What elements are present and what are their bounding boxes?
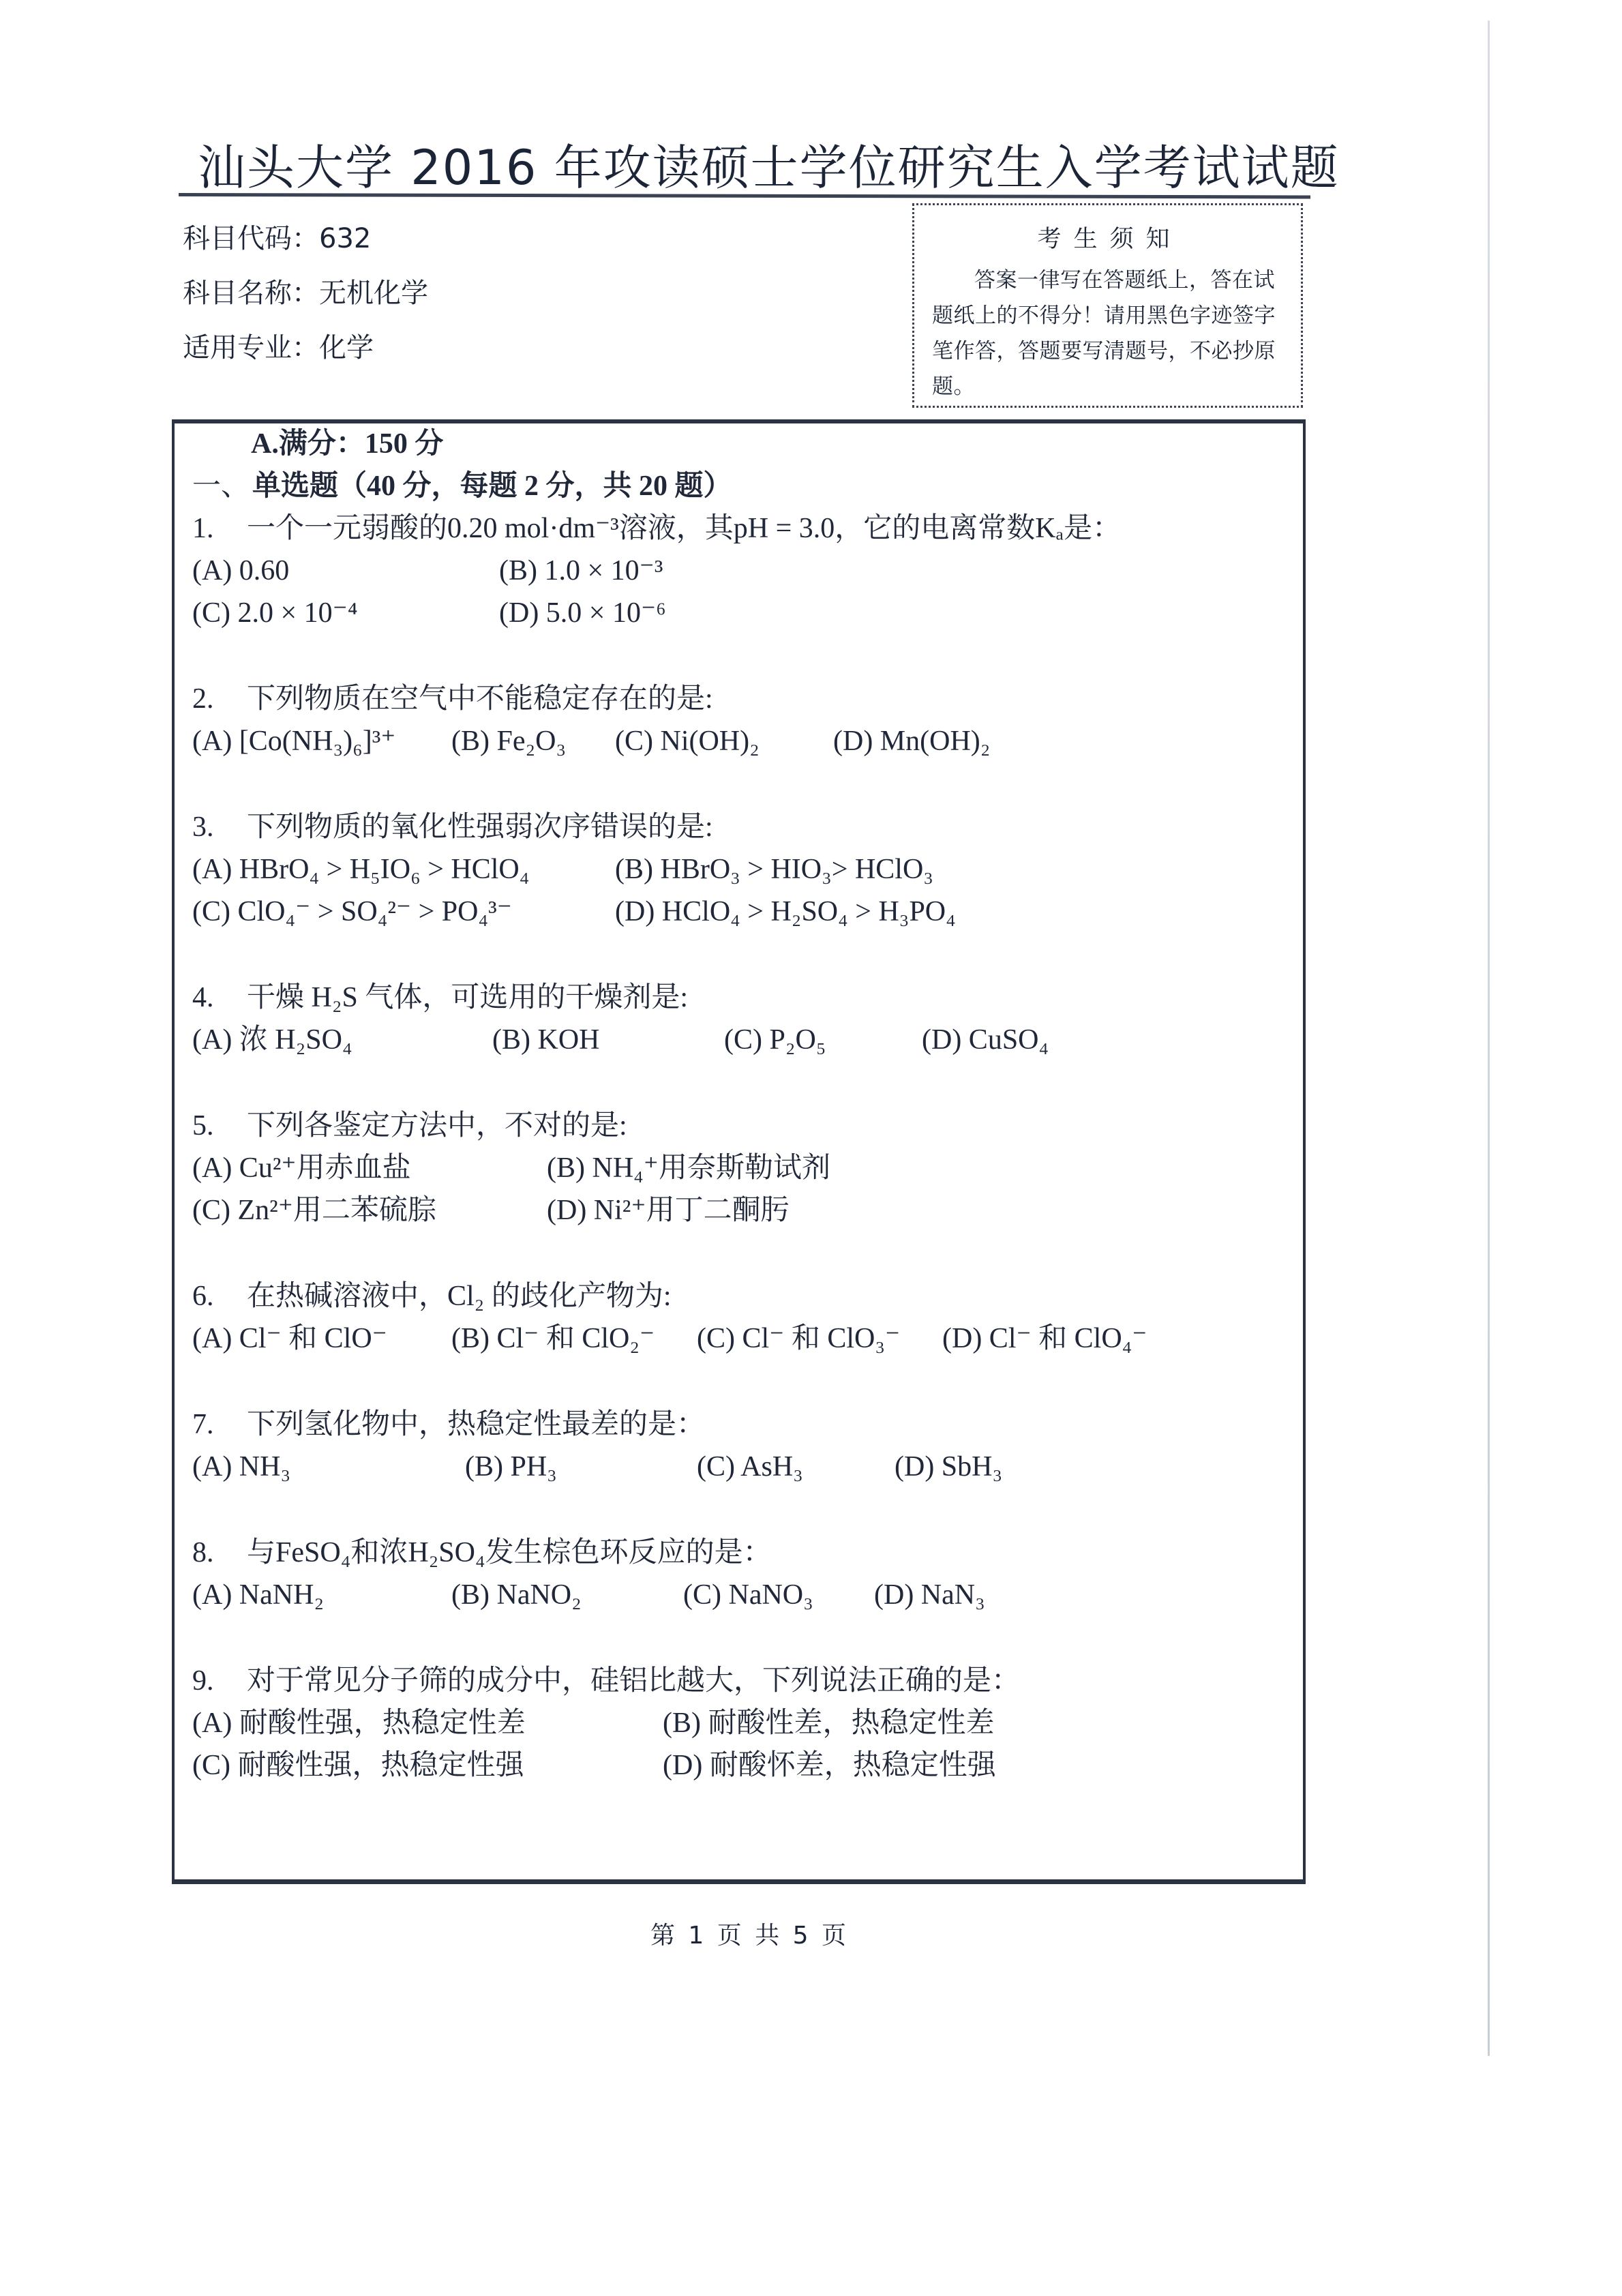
option-a: (A) Cl⁻ 和 ClO⁻ bbox=[192, 1317, 387, 1360]
option-b: (B) Fe₂O₃ bbox=[451, 720, 566, 762]
subject-name-value: 无机化学 bbox=[319, 278, 428, 309]
question-stem: 一个一元弱酸的0.20 mol·dm⁻³溶液，其pH = 3.0，它的电离常数K… bbox=[247, 513, 1121, 544]
option-d: (D) SbH₃ bbox=[895, 1446, 1002, 1488]
question-stem: 干燥 H₂S 气体，可选用的干燥剂是: bbox=[247, 982, 688, 1013]
option-c: (C) 2.0 × 10⁻⁴ bbox=[192, 592, 357, 634]
question-7: 7.下列氢化物中，热稳定性最差的是： bbox=[192, 1403, 1297, 1446]
options-row: (A) 0.60 (B) 1.0 × 10⁻³ bbox=[192, 550, 1297, 592]
option-b: (B) KOH bbox=[492, 1019, 599, 1061]
question-6: 6.在热碱溶液中，Cl₂ 的歧化产物为: bbox=[192, 1275, 1297, 1317]
scan-edge-line bbox=[1488, 20, 1490, 2056]
notice-title: 考生须知 bbox=[932, 220, 1287, 254]
question-number: 1. bbox=[192, 507, 247, 550]
question-8: 8.与FeSO₄和浓H₂SO₄发生棕色环反应的是： bbox=[192, 1532, 1297, 1574]
question-1: 1.一个一元弱酸的0.20 mol·dm⁻³溶液，其pH = 3.0，它的电离常… bbox=[192, 507, 1297, 550]
option-c: (C) P₂O₅ bbox=[724, 1019, 826, 1061]
subject-code: 科目代码632 bbox=[183, 217, 371, 256]
option-b: (B) Cl⁻ 和 ClO₂⁻ bbox=[451, 1317, 655, 1360]
applicable-major-label: 适用专业 bbox=[183, 332, 319, 363]
option-a: (A) NH₃ bbox=[192, 1446, 290, 1488]
option-b: (B) 1.0 × 10⁻³ bbox=[499, 550, 663, 592]
option-b: (B) PH₃ bbox=[465, 1446, 557, 1488]
subject-code-label: 科目代码 bbox=[183, 223, 319, 254]
question-4: 4.干燥 H₂S 气体，可选用的干燥剂是: bbox=[192, 976, 1297, 1019]
option-c: (C) Zn²⁺用二苯硫腙 bbox=[192, 1189, 436, 1232]
question-stem: 对于常见分子筛的成分中，硅铝比越大，下列说法正确的是： bbox=[247, 1665, 1020, 1697]
question-number: 7. bbox=[192, 1403, 247, 1446]
option-c: (C) Cl⁻ 和 ClO₃⁻ bbox=[697, 1317, 900, 1360]
question-stem: 与FeSO₄和浓H₂SO₄发生棕色环反应的是： bbox=[247, 1537, 772, 1568]
applicable-major-value: 化学 bbox=[319, 332, 374, 363]
option-c: (C) 耐酸性强，热稳定性强 bbox=[192, 1744, 524, 1787]
question-stem: 下列氢化物中，热稳定性最差的是： bbox=[247, 1409, 705, 1440]
option-c: (C) Ni(OH)₂ bbox=[615, 720, 760, 762]
full-score: A.满分：150 分 bbox=[192, 423, 1297, 465]
option-d: (D) 5.0 × 10⁻⁶ bbox=[499, 592, 666, 634]
question-stem: 下列各鉴定方法中，不对的是: bbox=[247, 1110, 627, 1142]
question-stem: 下列物质在空气中不能稳定存在的是: bbox=[247, 683, 713, 715]
options-row: (A) 耐酸性强，热稳定性差 (B) 耐酸性差，热稳定性差 bbox=[192, 1702, 1297, 1744]
options-row: (A) Cu²⁺用赤血盐 (B) NH₄⁺用奈斯勒试剂 bbox=[192, 1147, 1297, 1189]
option-a: (A) 浓 H₂SO₄ bbox=[192, 1019, 352, 1061]
options-row: (A) Cl⁻ 和 ClO⁻ (B) Cl⁻ 和 ClO₂⁻ (C) Cl⁻ 和… bbox=[192, 1317, 1297, 1360]
options-row: (A) [Co(NH₃)₆]³⁺ (B) Fe₂O₃ (C) Ni(OH)₂ (… bbox=[192, 720, 1297, 762]
question-content: A.满分：150 分 一、单选题（40 分，每题 2 分，共 20 题） 1.一… bbox=[192, 423, 1297, 1787]
option-d: (D) 耐酸怀差，热稳定性强 bbox=[663, 1744, 996, 1787]
question-3: 3.下列物质的氧化性强弱次序错误的是: bbox=[192, 806, 1297, 848]
subject-code-value: 632 bbox=[319, 223, 371, 254]
options-row: (A) NaNH₂ (B) NaNO₂ (C) NaNO₃ (D) NaN₃ bbox=[192, 1574, 1297, 1616]
question-number: 9. bbox=[192, 1660, 247, 1702]
option-d: (D) Cl⁻ 和 ClO₄⁻ bbox=[942, 1317, 1147, 1360]
question-number: 3. bbox=[192, 806, 247, 848]
question-9: 9.对于常见分子筛的成分中，硅铝比越大，下列说法正确的是： bbox=[192, 1660, 1297, 1702]
option-a: (A) NaNH₂ bbox=[192, 1574, 324, 1616]
option-b: (B) NH₄⁺用奈斯勒试剂 bbox=[547, 1147, 830, 1189]
options-row: (A) NH₃ (B) PH₃ (C) AsH₃ (D) SbH₃ bbox=[192, 1446, 1297, 1488]
option-b: (B) NaNO₂ bbox=[451, 1574, 582, 1616]
option-c: (C) ClO₄⁻ > SO₄²⁻ > PO₄³⁻ bbox=[192, 891, 512, 933]
applicable-major: 适用专业化学 bbox=[183, 326, 374, 365]
question-stem: 下列物质的氧化性强弱次序错误的是: bbox=[247, 811, 713, 843]
question-number: 5. bbox=[192, 1105, 247, 1147]
options-row: (A) 浓 H₂SO₄ (B) KOH (C) P₂O₅ (D) CuSO₄ bbox=[192, 1019, 1297, 1061]
option-b: (B) 耐酸性差，热稳定性差 bbox=[663, 1702, 995, 1744]
option-b: (B) HBrO₃ > HIO₃> HClO₃ bbox=[615, 848, 933, 891]
notice-body: 答案一律写在答题纸上，答在试题纸上的不得分！请用黑色字迹签字笔作答，答题要写清题… bbox=[932, 263, 1287, 404]
option-d: (D) Mn(OH)₂ bbox=[833, 720, 990, 762]
option-a: (A) 0.60 bbox=[192, 550, 289, 592]
question-number: 8. bbox=[192, 1532, 247, 1574]
section-number: 一、 bbox=[192, 465, 252, 507]
question-number: 4. bbox=[192, 976, 247, 1019]
options-row: (C) 耐酸性强，热稳定性强 (D) 耐酸怀差，热稳定性强 bbox=[192, 1744, 1297, 1787]
question-number: 6. bbox=[192, 1275, 247, 1317]
subject-name: 科目名称无机化学 bbox=[183, 271, 428, 310]
option-c: (C) AsH₃ bbox=[697, 1446, 803, 1488]
section-title: 单选题（40 分，每题 2 分，共 20 题） bbox=[252, 471, 732, 502]
option-a: (A) [Co(NH₃)₆]³⁺ bbox=[192, 720, 395, 762]
option-d: (D) NaN₃ bbox=[874, 1574, 985, 1616]
option-a: (A) Cu²⁺用赤血盐 bbox=[192, 1147, 411, 1189]
option-d: (D) CuSO₄ bbox=[922, 1019, 1049, 1061]
options-row: (C) Zn²⁺用二苯硫腙 (D) Ni²⁺用丁二酮肟 bbox=[192, 1189, 1297, 1232]
exam-title: 汕头大学 2016 年攻读硕士学位研究生入学考试试题 bbox=[198, 130, 1316, 198]
option-a: (A) HBrO₄ > H₅IO₆ > HClO₄ bbox=[192, 848, 529, 891]
question-stem: 在热碱溶液中，Cl₂ 的歧化产物为: bbox=[247, 1281, 672, 1312]
subject-name-label: 科目名称 bbox=[183, 278, 319, 309]
options-row: (C) 2.0 × 10⁻⁴ (D) 5.0 × 10⁻⁶ bbox=[192, 592, 1297, 634]
option-d: (D) Ni²⁺用丁二酮肟 bbox=[547, 1189, 790, 1232]
option-a: (A) 耐酸性强，热稳定性差 bbox=[192, 1702, 526, 1744]
options-row: (C) ClO₄⁻ > SO₄²⁻ > PO₄³⁻ (D) HClO₄ > H₂… bbox=[192, 891, 1297, 933]
options-row: (A) HBrO₄ > H₅IO₆ > HClO₄ (B) HBrO₃ > HI… bbox=[192, 848, 1297, 891]
page-indicator: 第 1 页 共 5 页 bbox=[0, 1916, 1622, 1951]
question-number: 2. bbox=[192, 678, 247, 720]
question-2: 2.下列物质在空气中不能稳定存在的是: bbox=[192, 678, 1297, 720]
section-heading: 一、单选题（40 分，每题 2 分，共 20 题） bbox=[192, 465, 1297, 507]
option-c: (C) NaNO₃ bbox=[683, 1574, 813, 1616]
question-5: 5.下列各鉴定方法中，不对的是: bbox=[192, 1105, 1297, 1147]
option-d: (D) HClO₄ > H₂SO₄ > H₃PO₄ bbox=[615, 891, 956, 933]
candidate-notice-box: 考生须知 答案一律写在答题纸上，答在试题纸上的不得分！请用黑色字迹签字笔作答，答… bbox=[912, 203, 1303, 408]
